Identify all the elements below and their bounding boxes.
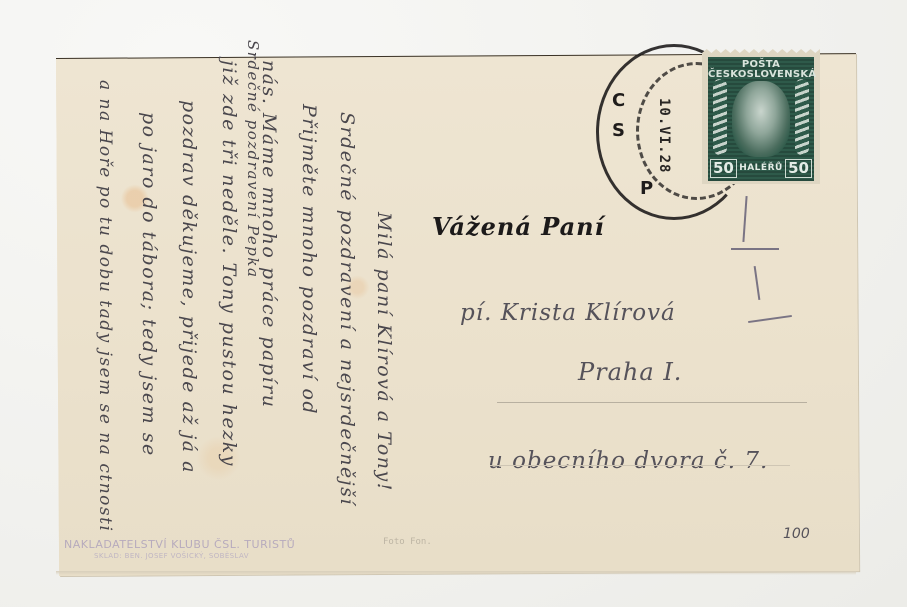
postmark-date: 10.VI.28 [656,98,672,173]
message-line: již zde tři neděle. Tony pustou hezky [218,60,240,467]
pencil-mark [731,248,779,250]
stamp-currency: HALÉŘŮ [739,163,783,173]
stamp-country-label: POŠTA ČESKOSLOVENSKÁ [708,60,814,80]
postmark-letter: C [612,90,625,111]
message-line: po jaro do tábora; tedy jsem se [138,112,160,457]
postcard-edge-shadow [56,571,856,575]
address-guide-line [497,402,807,403]
postmark-letter: S [612,120,625,141]
message-line: pozdrav děkujeme, přijede až já a [178,100,200,474]
stamp-value-bar: 50 HALÉŘŮ 50 [710,158,812,178]
message-line: Přijměte mnoho pozdraví od [298,104,320,415]
postmark-letter: P [640,178,653,199]
message-signature: Srdečné pozdravení Pepka [244,40,262,278]
photo-credit: Foto Fon. [383,537,432,547]
publisher-imprint-sub: SKLAD: BEN. JOSEF VOŠICKÝ, SOBĚSLAV [94,552,249,560]
address-guide-line [490,465,790,466]
address-city: Praha I. [578,358,682,386]
laurel-left-icon [713,79,727,155]
portrait-icon [732,81,790,157]
address-recipient: pí. Krista Klírová [460,300,676,326]
laurel-right-icon [795,79,809,155]
message-line: a na Hoře po tu dobu tady jsem se na ctn… [95,80,115,532]
address-salutation: Vážená Paní [432,212,605,241]
publisher-imprint: NAKLADATELSTVÍ KLUBU ČSL. TURISTŮ [64,538,295,551]
catalog-number: 100 [783,526,810,542]
message-line: Srdečné pozdravení a nejsrdečnější [336,112,358,506]
address-street: u obecního dvora č. 7. [488,448,768,474]
stamp-value-left: 50 [710,159,737,178]
postage-stamp: POŠTA ČESKOSLOVENSKÁ 50 HALÉŘŮ 50 [702,49,820,184]
stamp-value-right: 50 [785,159,812,178]
stamp-design: POŠTA ČESKOSLOVENSKÁ 50 HALÉŘŮ 50 [708,57,814,181]
message-line: Milá paní Klírová a Tony! [373,212,395,492]
